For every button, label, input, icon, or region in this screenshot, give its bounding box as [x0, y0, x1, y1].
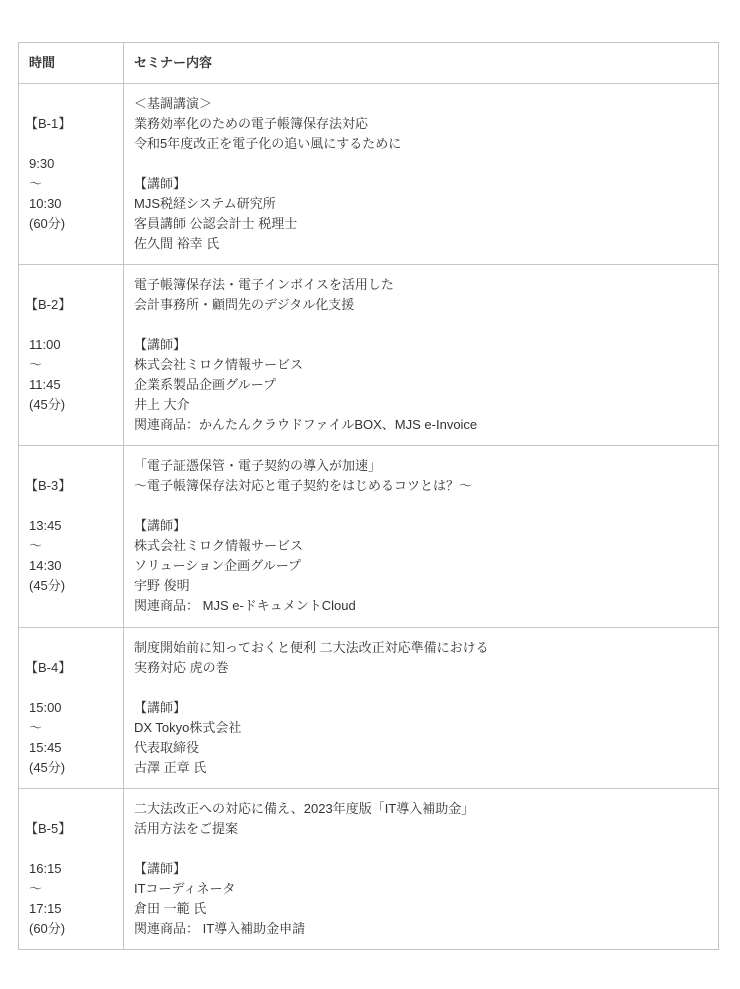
start-time: 11:00 [29, 335, 113, 355]
speaker-organization: 株式会社ミロク情報サービス [134, 355, 708, 375]
speaker-label: 【講師】 [134, 516, 708, 536]
session-title: 「電子証憑保管・電子契約の導入が加速」 [134, 456, 708, 476]
session-id: 【B-1】 [25, 114, 113, 134]
table-header-row: 時間 セミナー内容 [19, 43, 719, 84]
session-title: 二大法改正への対応に備え、2023年度版「IT導入補助金」 [134, 799, 708, 819]
speaker-label: 【講師】 [134, 698, 708, 718]
speaker-name: 古澤 正章 氏 [134, 758, 708, 778]
end-time: 15:45 [29, 738, 113, 758]
speaker-department: 企業系製品企画グループ [134, 375, 708, 395]
session-category: ＜基調講演＞ [134, 94, 708, 114]
time-separator: ～ [29, 718, 113, 738]
session-title: 制度開始前に知っておくと便利 二大法改正対応準備における [134, 638, 708, 658]
session-id: 【B-4】 [25, 658, 113, 678]
start-time: 16:15 [29, 859, 113, 879]
time-cell: 【B-1】 9:30 ～ 10:30 (60分) [19, 84, 124, 265]
related-products: 関連商品：かんたんクラウドファイルBOX、MJS e-Invoice [134, 415, 708, 435]
content-cell: 電子帳簿保存法・電子インボイスを活用した 会計事務所・顧問先のデジタル化支援 【… [124, 265, 719, 446]
seminar-schedule-table: 時間 セミナー内容 【B-1】 9:30 ～ 10:30 (60分) ＜基調講演… [18, 42, 719, 950]
speaker-label: 【講師】 [134, 335, 708, 355]
table-row: 【B-4】 15:00 ～ 15:45 (45分) 制度開始前に知っておくと便利… [19, 628, 719, 789]
speaker-role: 客員講師 公認会計士 税理士 [134, 214, 708, 234]
speaker-name: 佐久間 裕幸 氏 [134, 234, 708, 254]
table-row: 【B-3】 13:45 ～ 14:30 (45分) 「電子証憑保管・電子契約の導… [19, 446, 719, 628]
blank-line [134, 315, 708, 335]
duration: (45分) [29, 758, 113, 778]
speaker-label: 【講師】 [134, 174, 708, 194]
content-cell: 二大法改正への対応に備え、2023年度版「IT導入補助金」 活用方法をご提案 【… [124, 789, 719, 950]
content-cell: 制度開始前に知っておくと便利 二大法改正対応準備における 実務対応 虎の巻 【講… [124, 628, 719, 789]
time-cell: 【B-5】 16:15 ～ 17:15 (60分) [19, 789, 124, 950]
blank-line [134, 839, 708, 859]
duration: (45分) [29, 395, 113, 415]
speaker-name: 倉田 一範 氏 [134, 899, 708, 919]
table-row: 【B-1】 9:30 ～ 10:30 (60分) ＜基調講演＞ 業務効率化のため… [19, 84, 719, 265]
end-time: 17:15 [29, 899, 113, 919]
time-separator: ～ [29, 355, 113, 375]
duration: (45分) [29, 576, 113, 596]
speaker-role: ITコーディネータ [134, 879, 708, 899]
session-id: 【B-5】 [25, 819, 113, 839]
table-row: 【B-5】 16:15 ～ 17:15 (60分) 二大法改正への対応に備え、2… [19, 789, 719, 950]
time-cell: 【B-4】 15:00 ～ 15:45 (45分) [19, 628, 124, 789]
end-time: 10:30 [29, 194, 113, 214]
related-products: 関連商品： MJS e-ドキュメントCloud [134, 596, 708, 616]
time-cell: 【B-2】 11:00 ～ 11:45 (45分) [19, 265, 124, 446]
blank-line [134, 496, 708, 516]
speaker-organization: 株式会社ミロク情報サービス [134, 536, 708, 556]
session-subtitle: 会計事務所・顧問先のデジタル化支援 [134, 295, 708, 315]
speaker-label: 【講師】 [134, 859, 708, 879]
header-time: 時間 [19, 43, 124, 84]
start-time: 13:45 [29, 516, 113, 536]
session-subtitle: 活用方法をご提案 [134, 819, 708, 839]
speaker-organization: DX Tokyo株式会社 [134, 718, 708, 738]
duration: (60分) [29, 214, 113, 234]
blank-line [134, 678, 708, 698]
speaker-name: 井上 大介 [134, 395, 708, 415]
content-cell: 「電子証憑保管・電子契約の導入が加速」 ～電子帳簿保存法対応と電子契約をはじめる… [124, 446, 719, 628]
start-time: 15:00 [29, 698, 113, 718]
session-title: 業務効率化のための電子帳簿保存法対応 [134, 114, 708, 134]
duration: (60分) [29, 919, 113, 939]
speaker-role: 代表取締役 [134, 738, 708, 758]
content-cell: ＜基調講演＞ 業務効率化のための電子帳簿保存法対応 令和5年度改正を電子化の追い… [124, 84, 719, 265]
session-title: 電子帳簿保存法・電子インボイスを活用した [134, 275, 708, 295]
session-id: 【B-2】 [25, 295, 113, 315]
speaker-department: ソリューション企画グループ [134, 556, 708, 576]
time-separator: ～ [29, 879, 113, 899]
speaker-name: 宇野 俊明 [134, 576, 708, 596]
session-subtitle: 実務対応 虎の巻 [134, 658, 708, 678]
blank-line [134, 154, 708, 174]
related-products: 関連商品： IT導入補助金申請 [134, 919, 708, 939]
speaker-organization: MJS税経システム研究所 [134, 194, 708, 214]
table-row: 【B-2】 11:00 ～ 11:45 (45分) 電子帳簿保存法・電子インボイ… [19, 265, 719, 446]
session-subtitle: ～電子帳簿保存法対応と電子契約をはじめるコツとは？～ [134, 476, 708, 496]
header-seminar-content: セミナー内容 [124, 43, 719, 84]
start-time: 9:30 [29, 154, 113, 174]
end-time: 14:30 [29, 556, 113, 576]
end-time: 11:45 [29, 375, 113, 395]
time-separator: ～ [29, 536, 113, 556]
session-subtitle: 令和5年度改正を電子化の追い風にするために [134, 134, 708, 154]
session-id: 【B-3】 [25, 476, 113, 496]
time-separator: ～ [29, 174, 113, 194]
time-cell: 【B-3】 13:45 ～ 14:30 (45分) [19, 446, 124, 628]
